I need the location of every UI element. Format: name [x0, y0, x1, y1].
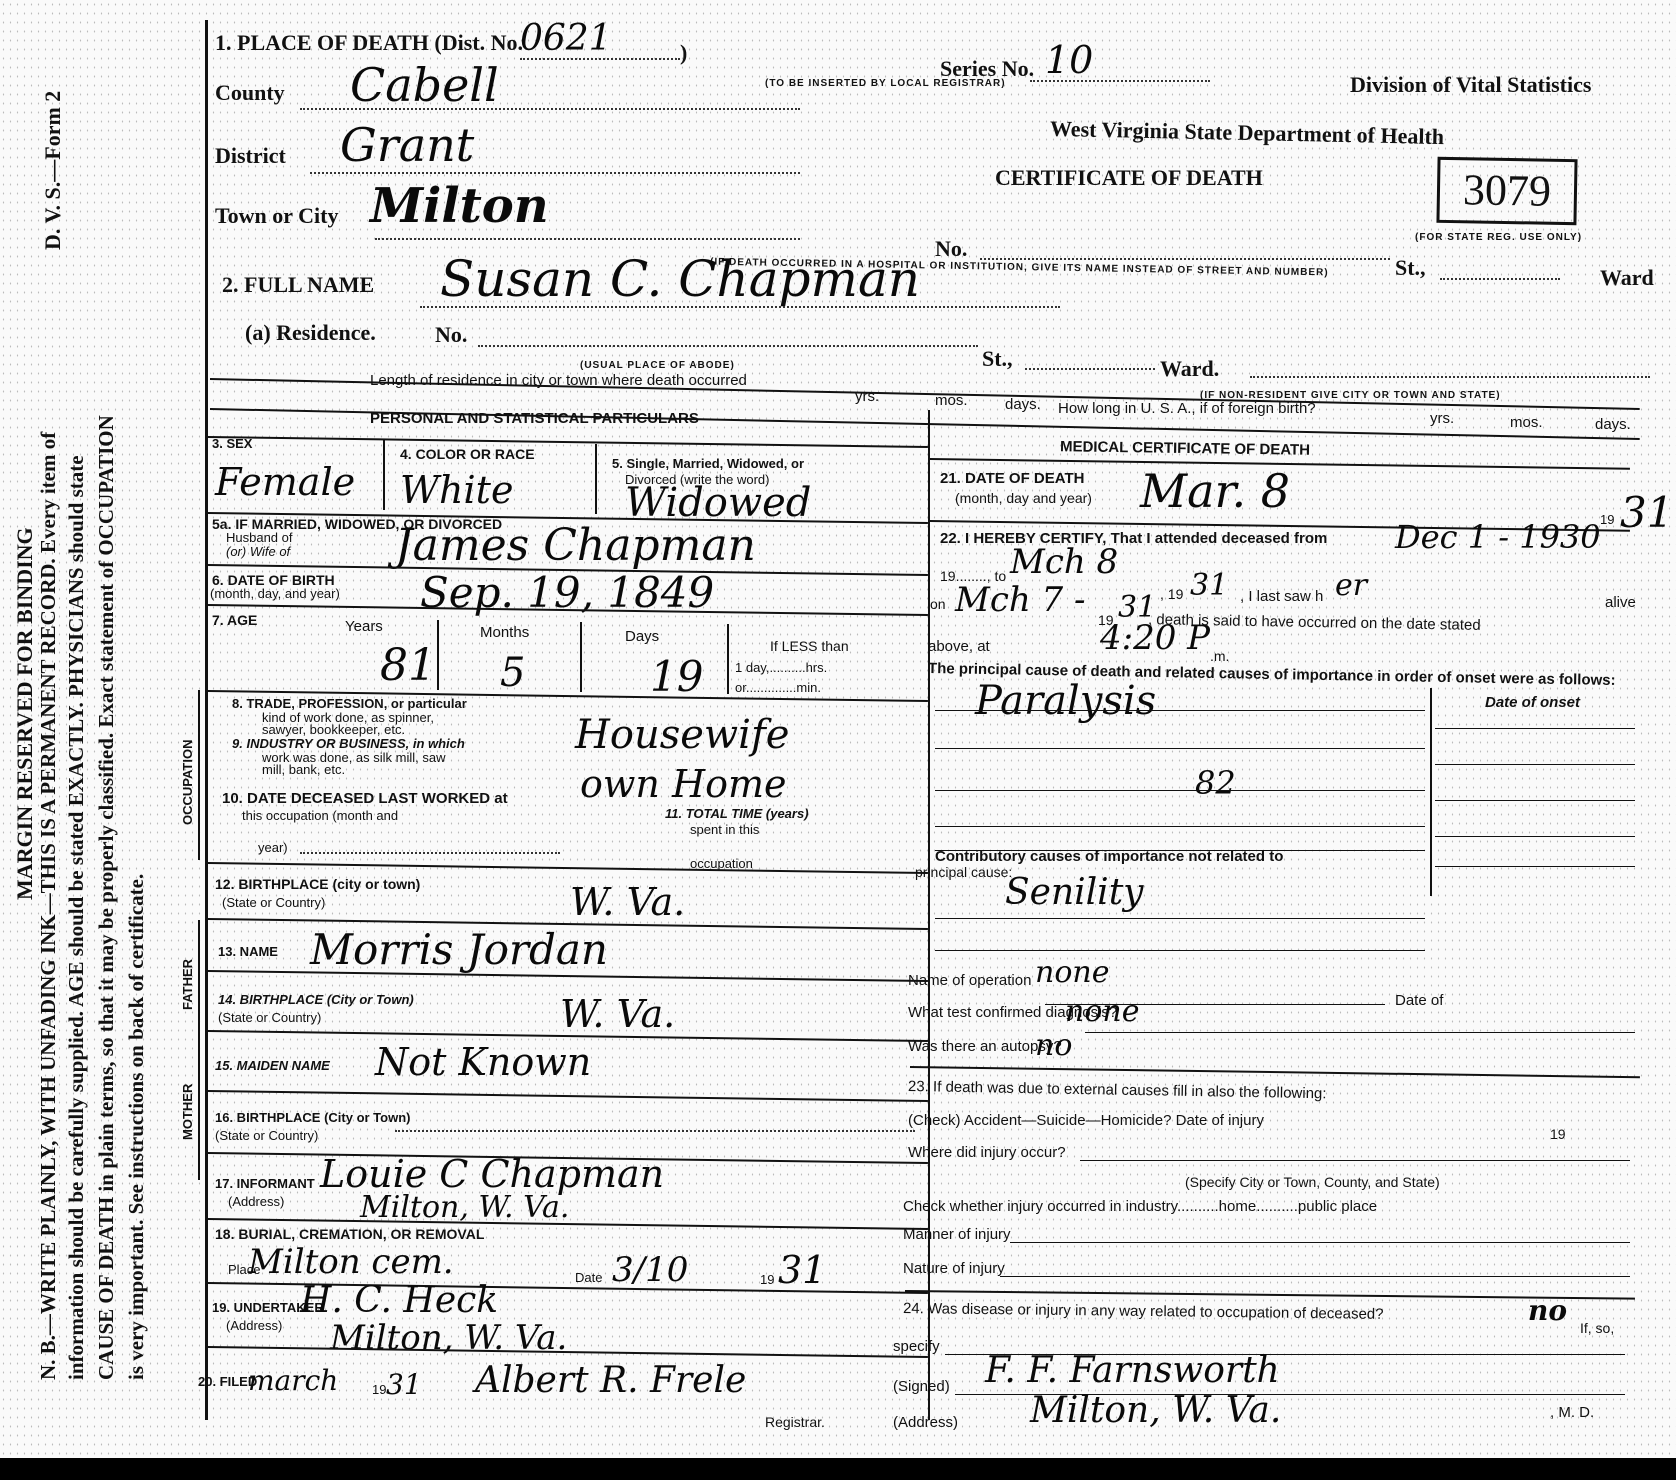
dod-sublabel: (month, day and year)	[955, 490, 1092, 506]
certificate-number: 3079	[1463, 165, 1552, 216]
operation-value: none	[1035, 955, 1109, 990]
district-number: 0621	[520, 18, 612, 59]
form-left-border	[205, 20, 208, 1420]
father-birthplace-sublabel: (State or Country)	[218, 1010, 321, 1025]
dist-close-paren: )	[680, 40, 687, 66]
dod-label: 21. DATE OF DEATH	[940, 470, 1084, 487]
series-number: 10	[1045, 38, 1093, 82]
age-months-label: Months	[480, 624, 529, 641]
manner-label: Manner of injury	[903, 1226, 1011, 1243]
dod-value: Mar. 8	[1140, 464, 1290, 518]
check-label: (Check) Accident—Suicide—Homicide? Date …	[908, 1112, 1264, 1129]
margin-instruction-2: information should be carefully supplied…	[64, 455, 89, 1380]
usa-label: How long in U. S. A., if of foreign birt…	[1058, 400, 1316, 417]
margin-instruction-3: CAUSE OF DEATH in plain terms, so that i…	[94, 415, 119, 1380]
total-time-label-1: 11. TOTAL TIME (years)	[665, 806, 809, 821]
cause-note-value: 82	[1195, 764, 1236, 802]
abode-note: (USUAL PLACE OF ABODE)	[580, 360, 735, 371]
contributory-label-2: principal cause:	[915, 864, 1012, 880]
district-label: District	[215, 143, 286, 169]
industry-check-label: Check whether injury occurred in industr…	[903, 1198, 1377, 1215]
usa-mos: mos.	[1510, 414, 1543, 431]
onset-header: Date of onset	[1485, 694, 1580, 711]
father-birthplace-value: W. Va.	[560, 992, 675, 1036]
residence-st-label: St.,	[982, 346, 1013, 372]
last-worked-label-2: this occupation (month and	[242, 808, 398, 823]
spouse-label-husband: Husband of	[226, 530, 293, 545]
father-birthplace-label: 14. BIRTHPLACE (City or Town)	[218, 992, 414, 1007]
street-ward-label: Ward	[1600, 265, 1654, 291]
contributory-value: Senility	[1005, 872, 1144, 913]
filed-year-prefix: 19	[372, 1382, 386, 1397]
contributory-label-1: Contributory causes of importance not re…	[935, 848, 1283, 865]
street-st-label: St.,	[1395, 255, 1426, 281]
undertaker-address-label: (Address)	[226, 1318, 282, 1333]
burial-year-prefix: 19	[760, 1272, 774, 1287]
district-value: Grant	[340, 118, 474, 172]
mother-birthplace-sublabel: (State or Country)	[215, 1128, 318, 1143]
attended-to-year-prefix: , 19	[1160, 586, 1183, 602]
marital-label-1: 5. Single, Married, Widowed, or	[612, 456, 804, 471]
principal-cause-value: Paralysis	[975, 678, 1156, 724]
last-worked-label-1: 10. DATE DECEASED LAST WORKED at	[222, 790, 508, 807]
burial-year-value: 31	[778, 1248, 826, 1292]
residence-mos: mos.	[935, 392, 968, 409]
above-at-label: above, at	[928, 638, 990, 655]
trade-value: Housewife	[575, 712, 789, 758]
time-of-death-value: 4:20 P	[1100, 618, 1210, 658]
mother-birthplace-label: 16. BIRTHPLACE (City or Town)	[215, 1110, 410, 1125]
age-days-value: 19	[650, 652, 703, 701]
physician-address-value: Milton, W. Va.	[1030, 1390, 1281, 1431]
informant-label: 17. INFORMANT	[215, 1176, 315, 1191]
county-label: County	[215, 80, 285, 106]
physician-address-label: (Address)	[893, 1414, 958, 1431]
occupational-value: no	[1528, 1294, 1567, 1327]
birthplace-sublabel: (State or Country)	[222, 895, 325, 910]
last-saw-label: , I last saw h	[1240, 588, 1323, 605]
street-no-label: No.	[935, 236, 967, 262]
attended-to-value: Mch 8	[1010, 542, 1118, 582]
injury-year-prefix: 19	[1550, 1126, 1566, 1142]
on-label: on	[930, 596, 946, 612]
dob-sublabel: (month, day, and year)	[210, 586, 340, 601]
age-label: 7. AGE	[212, 612, 257, 628]
father-name-label: 13. NAME	[218, 944, 278, 959]
operation-date-label: Date of	[1395, 992, 1443, 1009]
full-name-label: 2. FULL NAME	[222, 272, 374, 298]
trade-label-1: 8. TRADE, PROFESSION, or particular	[232, 696, 467, 711]
residence-no-label: No.	[435, 322, 467, 348]
occupational-label: 24. Was disease or injury in any way rel…	[903, 1300, 1384, 1323]
where-injury-label: Where did injury occur?	[908, 1144, 1066, 1161]
sex-label: 3. SEX	[212, 436, 252, 451]
spouse-value: James Chapman	[395, 520, 756, 571]
father-name-value: Morris Jordan	[310, 925, 608, 974]
filed-month-value: march	[248, 1364, 338, 1397]
certificate-number-box: 3079	[1436, 157, 1577, 225]
state-use-note: (FOR STATE REG. USE ONLY)	[1415, 232, 1582, 243]
residence-yrs: yrs.	[855, 388, 879, 405]
age-months-value: 5	[500, 650, 525, 696]
md-label: , M. D.	[1550, 1404, 1594, 1421]
nature-label: Nature of injury	[903, 1260, 1005, 1277]
if-so-label: If, so,	[1580, 1320, 1614, 1336]
less-than-label: If LESS than	[770, 638, 849, 654]
physician-signature: F. F. Farnsworth	[985, 1350, 1280, 1391]
specify-location-note: (Specify City or Town, County, and State…	[1185, 1174, 1440, 1190]
place-of-death-label: 1. PLACE OF DEATH (Dist. No.	[215, 30, 523, 56]
industry-value: own Home	[580, 762, 787, 806]
margin-binding-note: MARGIN RESERVED FOR BINDING	[12, 527, 38, 900]
usa-yrs: yrs.	[1430, 410, 1454, 427]
last-saw-date-value: Mch 7 -	[955, 580, 1086, 620]
mother-side-label: MOTHER	[180, 1084, 195, 1140]
less-than-min: or..............min.	[735, 680, 821, 695]
test-value: none	[1065, 994, 1139, 1029]
external-causes-label: 23. If death was due to external causes …	[908, 1078, 1327, 1102]
operation-label: Name of operation	[908, 972, 1031, 989]
age-years-value: 81	[380, 640, 436, 691]
certify-label: 22. I HEREBY CERTIFY, That I attended de…	[940, 530, 1327, 547]
sex-value: Female	[215, 460, 355, 504]
attended-to-year: 31	[1190, 568, 1228, 603]
county-value: Cabell	[350, 58, 499, 112]
registrar-label: Registrar.	[765, 1414, 825, 1430]
margin-form-id: D. V. S.—Form 2	[40, 91, 66, 250]
specify-label: specify	[893, 1338, 940, 1355]
age-years-label: Years	[345, 618, 383, 635]
spouse-label-wife: (or) Wife of	[226, 544, 290, 559]
dod-year-prefix: 19	[1600, 512, 1614, 527]
residence-ward-label: Ward.	[1160, 356, 1219, 382]
autopsy-value: no	[1035, 1028, 1072, 1063]
father-side-label: FATHER	[180, 959, 195, 1010]
occupation-side-label: OCCUPATION	[180, 740, 195, 825]
registrar-signature: Albert R. Frele	[475, 1360, 746, 1401]
usa-days: days.	[1595, 416, 1631, 433]
alive-label: alive	[1605, 594, 1636, 611]
last-saw-pronoun: er	[1335, 568, 1367, 603]
personal-section-title: PERSONAL AND STATISTICAL PARTICULARS	[370, 410, 699, 427]
department-title: West Virginia State Department of Health	[1050, 116, 1445, 150]
death-certificate: MARGIN RESERVED FOR BINDING D. V. S.—For…	[0, 0, 1676, 1458]
town-label: Town or City	[215, 203, 338, 229]
mother-maiden-value: Not Known	[375, 1040, 591, 1084]
medical-section-title: MEDICAL CERTIFICATE OF DEATH	[1060, 438, 1310, 458]
division-title: Division of Vital Statistics	[1350, 72, 1591, 98]
burial-date-label: Date	[575, 1270, 602, 1285]
race-label: 4. COLOR OR RACE	[400, 446, 535, 462]
burial-place-value: Milton cem.	[248, 1242, 454, 1282]
residence-days: days.	[1005, 396, 1041, 413]
informant-address-label: (Address)	[228, 1194, 284, 1209]
signed-label: (Signed)	[893, 1378, 950, 1395]
industry-label-1: 9. INDUSTRY OR BUSINESS, in which	[232, 736, 465, 751]
total-time-label-2: spent in this	[690, 822, 759, 837]
undertaker-value: H. C. Heck	[300, 1280, 498, 1321]
time-m-label: .m.	[1210, 648, 1229, 664]
age-days-label: Days	[625, 628, 659, 645]
trade-label-3: sawyer, bookkeeper, etc.	[262, 722, 405, 737]
less-than-hours: 1 day,..........hrs.	[735, 660, 827, 675]
burial-label: 18. BURIAL, CREMATION, OR REMOVAL	[215, 1226, 484, 1242]
full-name-value: Susan C. Chapman	[440, 250, 920, 308]
residence-label: (a) Residence.	[245, 320, 376, 346]
birthplace-label: 12. BIRTHPLACE (city or town)	[215, 876, 420, 892]
race-value: White	[400, 468, 513, 512]
filed-year-value: 31	[386, 1368, 422, 1401]
margin-instruction-4: is very important. See instructions on b…	[124, 874, 149, 1380]
burial-date-value: 3/10	[612, 1250, 688, 1290]
length-residence-label: Length of residence in city or town wher…	[370, 372, 747, 389]
mother-maiden-label: 15. MAIDEN NAME	[215, 1058, 330, 1073]
local-registrar-note: (TO BE INSERTED BY LOCAL REGISTRAR)	[765, 78, 1006, 89]
margin-instruction-1: N. B.—WRITE PLAINLY, WITH UNFADING INK—T…	[36, 432, 61, 1380]
industry-label-3: mill, bank, etc.	[262, 762, 345, 777]
last-worked-label-3: year)	[258, 840, 288, 855]
birthplace-value: W. Va.	[570, 880, 685, 924]
certificate-title: CERTIFICATE OF DEATH	[995, 165, 1263, 191]
attended-from-value: Dec 1 - 1930	[1395, 518, 1601, 556]
town-value: Milton	[370, 178, 549, 234]
